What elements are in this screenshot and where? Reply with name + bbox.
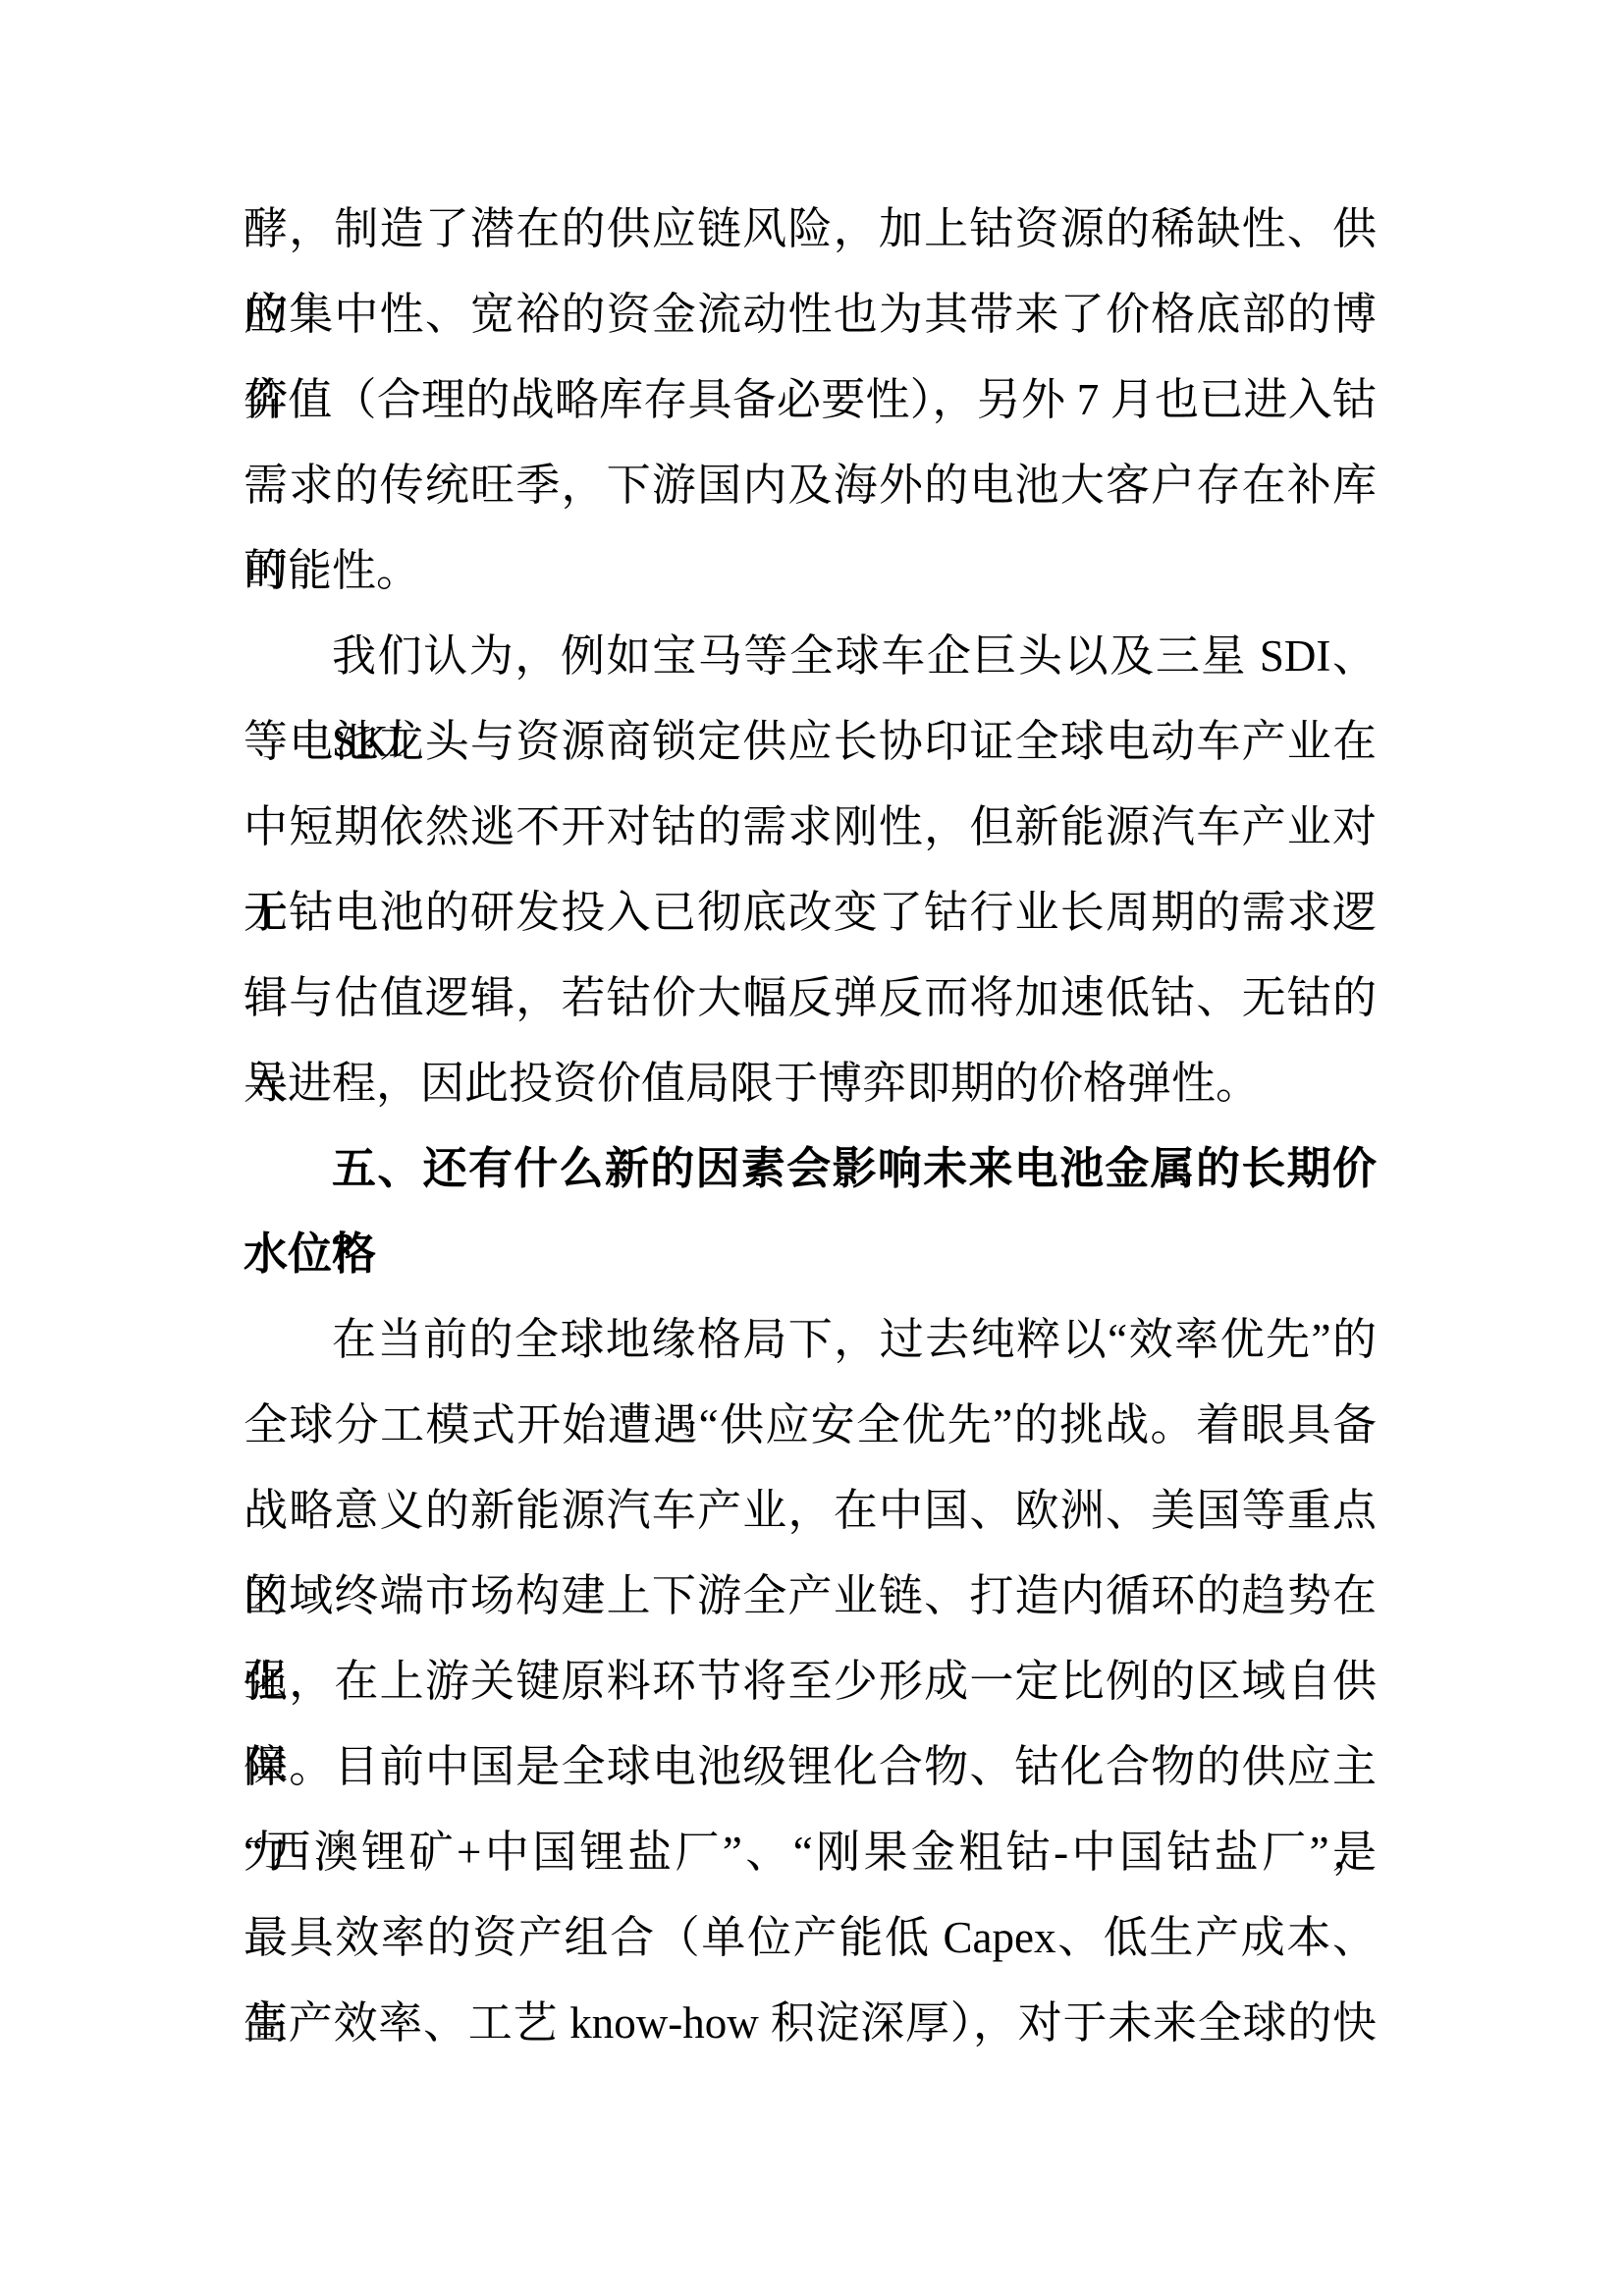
text-line: 我们认为，例如宝马等全球车企巨头以及三星 SDI、SKI bbox=[243, 614, 1377, 699]
section-heading: 水位？ bbox=[243, 1212, 1377, 1297]
text-line: 入进程，因此投资价值局限于博弈即期的价格弹性。 bbox=[243, 1041, 1377, 1126]
text-line: 等电池龙头与资源商锁定供应长协印证全球电动车产业在 bbox=[243, 699, 1377, 785]
text-line: 战略意义的新能源汽车产业，在中国、欧洲、美国等重点的 bbox=[243, 1468, 1377, 1554]
text-line: 辑与估值逻辑，若钴价大幅反弹反而将加速低钴、无钴的导 bbox=[243, 956, 1377, 1041]
text-line: 酵，制造了潜在的供应链风险，加上钴资源的稀缺性、供应 bbox=[243, 187, 1377, 272]
text-line: 在当前的全球地缘格局下，过去纯粹以“效率优先”的 bbox=[243, 1297, 1377, 1383]
text-line: 生产效率、工艺 know-how 积淀深厚），对于未来全球的快 bbox=[243, 1981, 1377, 2066]
text-line: 的集中性、宽裕的资金流动性也为其带来了价格底部的博弈 bbox=[243, 272, 1377, 357]
text-line: 可能性。 bbox=[243, 528, 1377, 614]
text-line: 全球分工模式开始遭遇“供应安全优先”的挑战。着眼具备 bbox=[243, 1383, 1377, 1468]
text-line: 价值（合理的战略库存具备必要性），另外 7 月也已进入钴 bbox=[243, 357, 1377, 443]
section-heading: 五、还有什么新的因素会影响未来电池金属的长期价格 bbox=[243, 1126, 1377, 1212]
text-line: 无钴电池的研发投入已彻底改变了钴行业长周期的需求逻 bbox=[243, 870, 1377, 956]
text-line: 需求的传统旺季，下游国内及海外的电池大客户存在补库的 bbox=[243, 443, 1377, 528]
text-line: 化，在上游关键原料环节将至少形成一定比例的区域自供保 bbox=[243, 1639, 1377, 1724]
text-column: 酵，制造了潜在的供应链风险，加上钴资源的稀缺性、供应 的集中性、宽裕的资金流动性… bbox=[243, 187, 1377, 2066]
text-line: 最具效率的资产组合（单位产能低 Capex、低生产成本、高 bbox=[243, 1895, 1377, 1981]
document-page: 酵，制造了潜在的供应链风险，加上钴资源的稀缺性、供应 的集中性、宽裕的资金流动性… bbox=[0, 0, 1623, 2296]
text-line: 区域终端市场构建上下游全产业链、打造内循环的趋势在强 bbox=[243, 1554, 1377, 1639]
text-line: 障。目前中国是全球电池级锂化合物、钴化合物的供应主力， bbox=[243, 1724, 1377, 1810]
text-line: “西澳锂矿+中国锂盐厂”、“刚果金粗钴-中国钴盐厂”是 bbox=[243, 1810, 1377, 1895]
text-line: 中短期依然逃不开对钴的需求刚性，但新能源汽车产业对于 bbox=[243, 785, 1377, 870]
